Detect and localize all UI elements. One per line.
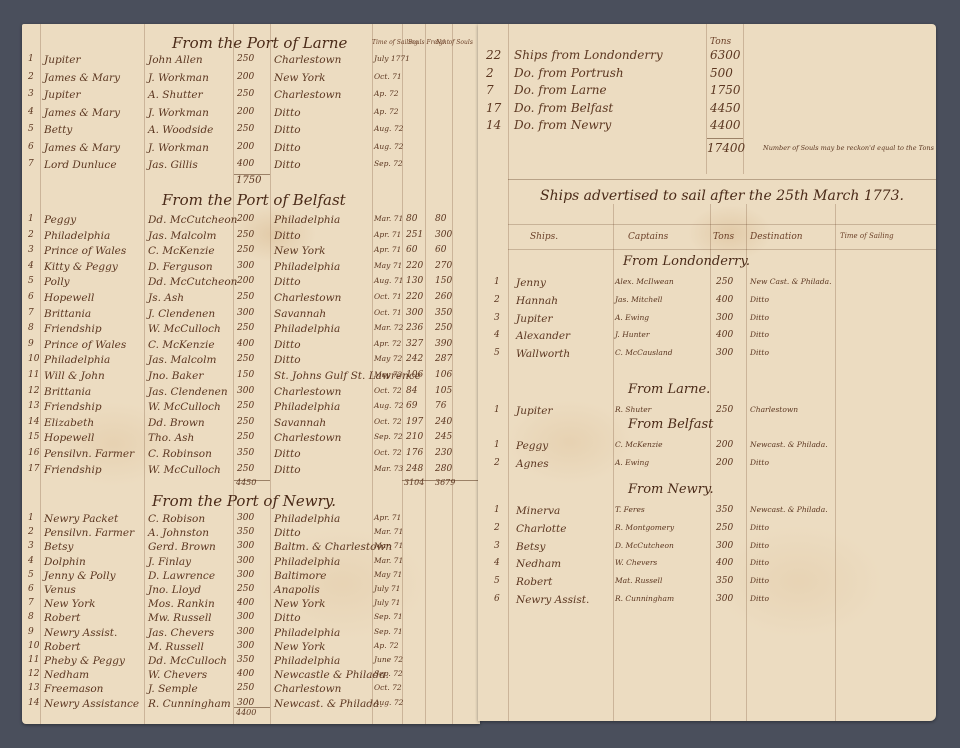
captain-name: Dd. McCutcheon [148, 214, 237, 226]
number-of-souls: 245 [435, 432, 452, 442]
tons: 350 [716, 576, 733, 586]
tons: 200 [237, 107, 254, 117]
captain-name: Jno. Baker [148, 370, 203, 382]
captain-name: J. Clendenen [148, 308, 215, 320]
captain-name: C. Robinson [148, 448, 212, 460]
captain-name: Gerd. Brown [148, 541, 216, 553]
destination: Charlestown [750, 405, 798, 414]
tons: 250 [237, 401, 254, 411]
destination: Ditto [750, 313, 769, 322]
advertised-group-title: From Larne. [628, 382, 710, 397]
row-number: 10 [28, 641, 39, 651]
time-of-sailing: May 72 [374, 354, 402, 363]
captain-name: C. McKenzie [615, 440, 663, 449]
row-number: 3 [494, 541, 500, 551]
row-number: 9 [28, 339, 34, 349]
summary-row: 14Do. from Newry4400 [478, 118, 936, 134]
ship-name: Jenny & Polly [44, 570, 116, 582]
tons: 250 [237, 230, 254, 240]
freight-souls: 60 [406, 245, 417, 255]
section-title-belfast: From the Port of Belfast [162, 191, 346, 209]
time-of-sailing: Oct. 72 [374, 683, 402, 692]
destination: Ditto [274, 527, 301, 539]
freight-souls: 80 [406, 214, 417, 224]
freight-souls: 327 [406, 339, 423, 349]
tons: 250 [237, 124, 254, 134]
ship-name: Agnes [516, 458, 549, 470]
row-number: 1 [494, 277, 500, 287]
ship-name: Pheby & Peggy [44, 655, 125, 667]
ship-name: Peggy [516, 440, 548, 452]
ship-name: Freemason [44, 683, 103, 695]
number-of-souls: 300 [435, 230, 452, 240]
row-number: 3 [28, 89, 34, 99]
ship-name: Philadelphia [44, 354, 110, 366]
ship-name: Lord Dunluce [44, 159, 117, 171]
larne-ship-row: 4James & MaryJ. Workman200DittoAp. 72 [22, 105, 480, 123]
row-number: 6 [28, 292, 34, 302]
time-of-sailing: Sep. 71 [374, 627, 403, 636]
captain-name: Js. Ash [148, 292, 184, 304]
row-number: 2 [28, 230, 34, 240]
summary-row: 7Do. from Larne1750 [478, 83, 936, 99]
row-number: 5 [28, 276, 34, 286]
number-of-souls: 60 [435, 245, 446, 255]
destination: Charlestown [274, 292, 341, 304]
larne-ship-row: 2James & MaryJ. Workman200New YorkOct. 7… [22, 70, 480, 88]
captain-name: W. McCulloch [148, 401, 221, 413]
number-of-souls: 350 [435, 308, 452, 318]
tons: 300 [237, 513, 254, 523]
row-number: 11 [28, 370, 39, 380]
number-of-souls: 230 [435, 448, 452, 458]
ship-name: Prince of Wales [44, 339, 126, 351]
number-of-souls: 80 [435, 214, 446, 224]
souls-note: Number of Souls may be reckon'd equal to… [763, 144, 934, 152]
row-number: 4 [28, 107, 34, 117]
tons: 250 [237, 89, 254, 99]
tons: 400 [237, 159, 254, 169]
ship-name: Jupiter [44, 54, 81, 66]
captain-name: R. Montgomery [615, 523, 674, 532]
port-label: Do. from Belfast [514, 101, 613, 115]
ship-count: 7 [486, 83, 494, 97]
tons: 300 [237, 612, 254, 622]
tons: 300 [716, 313, 733, 323]
advertised-group-title: From Belfast [628, 417, 713, 432]
destination: Ditto [274, 448, 301, 460]
captain-name: Jno. Lloyd [148, 584, 201, 596]
freight-souls: 300 [406, 308, 423, 318]
header-rule [508, 224, 936, 225]
ship-name: Peggy [44, 214, 76, 226]
ship-name: Jupiter [516, 313, 553, 325]
row-number: 13 [28, 401, 39, 411]
ship-name: Alexander [516, 330, 570, 342]
freight-souls: 176 [406, 448, 423, 458]
ship-name: Venus [44, 584, 76, 596]
captain-name: J. Finlay [148, 556, 191, 568]
captain-name: W. McCulloch [148, 323, 221, 335]
captain-name: D. McCutcheon [615, 541, 674, 550]
tons: 400 [716, 330, 733, 340]
ship-name: New York [44, 598, 95, 610]
time-of-sailing: Mar. 73 [374, 464, 403, 473]
row-number: 2 [494, 523, 500, 533]
time-of-sailing: July 71 [374, 598, 400, 607]
tons: 300 [237, 570, 254, 580]
advertised-ship-row: 1PeggyC. McKenzie200Newcast. & Philada. [478, 438, 936, 456]
destination: Charlestown [274, 89, 341, 101]
ship-name: Newry Assist. [516, 594, 589, 606]
captain-name: T. Feres [615, 505, 645, 514]
advertised-ship-row: 1MinervaT. Feres350Newcast. & Philada. [478, 503, 936, 521]
summary-total: 17400 [707, 141, 745, 155]
ship-name: Wallworth [516, 348, 570, 360]
tons: 350 [716, 505, 733, 515]
advertised-column-header: Captains [628, 232, 668, 242]
ship-name: Robert [44, 641, 80, 653]
left-page: From the Port of Larne Time of Sailing S… [22, 24, 480, 724]
tons: 250 [237, 354, 254, 364]
captain-name: W. Chevers [148, 669, 207, 681]
ship-count: 14 [486, 118, 501, 132]
captain-name: A. Ewing [615, 313, 649, 322]
ship-name: Pensilvn. Farmer [44, 448, 134, 460]
larne-total-tons: 1750 [236, 175, 261, 186]
port-label: Do. from Larne [514, 83, 607, 97]
destination: Charlestown [274, 54, 341, 66]
destination: Newcast. & Philada. [750, 440, 828, 449]
ship-name: Betsy [516, 541, 545, 553]
advertised-column-header: Ships. [530, 232, 558, 242]
tons: 300 [716, 348, 733, 358]
tons: 200 [237, 142, 254, 152]
tons: 250 [237, 432, 254, 442]
number-of-souls: 287 [435, 354, 452, 364]
freight-souls: 236 [406, 323, 423, 333]
summary-total-row: 17400 Number of Souls may be reckon'd eq… [478, 141, 936, 157]
destination: Ditto [274, 124, 301, 136]
destination: Ditto [274, 464, 301, 476]
time-of-sailing: Oct. 71 [374, 308, 402, 317]
row-number: 2 [28, 527, 34, 537]
captain-name: D. Lawrence [148, 570, 215, 582]
tons: 1750 [710, 83, 741, 97]
time-of-sailing: July 1771 [374, 54, 410, 63]
row-number: 2 [494, 458, 500, 468]
row-number: 12 [28, 669, 39, 679]
ship-name: Friendship [44, 401, 102, 413]
destination: Ditto [750, 295, 769, 304]
captain-name: M. Russell [148, 641, 204, 653]
destination: Ditto [274, 276, 301, 288]
time-of-sailing: Aug. 72 [374, 698, 403, 707]
row-number: 14 [28, 698, 39, 708]
time-of-sailing: Mar. 71 [374, 214, 403, 223]
section-divider [508, 179, 936, 180]
ship-name: Polly [44, 276, 70, 288]
tons: 300 [237, 698, 254, 708]
destination: New Cast. & Philada. [750, 277, 832, 286]
time-of-sailing: Aug. 72 [374, 142, 403, 151]
destination: Ditto [274, 612, 301, 624]
ship-name: Robert [44, 612, 80, 624]
tons: 200 [237, 214, 254, 224]
captain-name: J. Workman [148, 142, 209, 154]
time-of-sailing: Mar. 71 [374, 556, 403, 565]
row-number: 4 [494, 558, 500, 568]
captain-name: A. Johnston [148, 527, 209, 539]
ship-name: Nedham [516, 558, 561, 570]
captain-name: C. McKenzie [148, 339, 215, 351]
row-number: 11 [28, 655, 39, 665]
ship-name: Brittania [44, 386, 91, 398]
number-of-souls: 390 [435, 339, 452, 349]
row-number: 1 [28, 513, 34, 523]
tons: 350 [237, 655, 254, 665]
row-number: 4 [494, 330, 500, 340]
time-of-sailing: May 72 [374, 370, 402, 379]
destination: Ditto [274, 142, 301, 154]
tons: 200 [237, 276, 254, 286]
row-number: 1 [494, 505, 500, 515]
ship-name: Elizabeth [44, 417, 94, 429]
ship-name: Betsy [44, 541, 73, 553]
ship-name: Newry Assist. [44, 627, 117, 639]
captain-name: J. Workman [148, 72, 209, 84]
freight-souls: 69 [406, 401, 417, 411]
captain-name: Jas. Malcolm [148, 230, 216, 242]
section-title-larne: From the Port of Larne [172, 34, 347, 52]
larne-ship-row: 5BettyA. Woodside250DittoAug. 72 [22, 122, 480, 140]
captain-name: C. McCausland [615, 348, 673, 357]
destination: New York [274, 641, 325, 653]
freight-souls: 210 [406, 432, 423, 442]
time-of-sailing: Ap. 72 [374, 641, 399, 650]
freight-souls: 220 [406, 292, 423, 302]
captain-name: R. Cunningham [615, 594, 674, 603]
number-of-souls: 250 [435, 323, 452, 333]
port-label: Ships from Londonderry [514, 48, 663, 62]
time-of-sailing: June 72 [374, 655, 403, 664]
destination: Newcast. & Philada. [274, 698, 383, 710]
captain-name: Mat. Russell [615, 576, 662, 585]
ship-name: Jupiter [44, 89, 81, 101]
captain-name: J. Hunter [615, 330, 649, 339]
row-number: 4 [28, 261, 34, 271]
ship-name: Dolphin [44, 556, 86, 568]
time-of-sailing: Apr. 71 [374, 245, 401, 254]
tons: 250 [237, 584, 254, 594]
ship-name: Friendship [44, 464, 102, 476]
row-number: 6 [494, 594, 500, 604]
freight-souls: 130 [406, 276, 423, 286]
freight-souls: 220 [406, 261, 423, 271]
destination: Ditto [274, 230, 301, 242]
time-of-sailing: Oct. 71 [374, 72, 402, 81]
time-of-sailing: Ap. 72 [374, 107, 399, 116]
ship-name: Minerva [516, 505, 560, 517]
destination: Ditto [750, 330, 769, 339]
row-number: 1 [494, 440, 500, 450]
captain-name: D. Ferguson [148, 261, 213, 273]
destination: Philadelphia [274, 214, 340, 226]
row-number: 2 [28, 72, 34, 82]
total-rule [707, 138, 743, 139]
advertised-column-header: Tons [713, 232, 734, 242]
row-number: 5 [28, 570, 34, 580]
destination: Ditto [750, 348, 769, 357]
row-number: 3 [28, 245, 34, 255]
advertised-column-header: Destination [750, 232, 803, 242]
tons: 250 [716, 523, 733, 533]
row-number: 6 [28, 142, 34, 152]
captain-name: J. Semple [148, 683, 198, 695]
captain-name: C. Robison [148, 513, 205, 525]
tons: 200 [237, 72, 254, 82]
number-of-souls: 106 [435, 370, 452, 380]
ship-name: Jenny [516, 277, 546, 289]
destination: Baltimore [274, 570, 326, 582]
freight-souls: 242 [406, 354, 423, 364]
ship-name: Robert [516, 576, 552, 588]
time-of-sailing: Aug. 72 [374, 124, 403, 133]
destination: New York [274, 72, 325, 84]
ship-name: Prince of Wales [44, 245, 126, 257]
tons: 6300 [710, 48, 741, 62]
captain-name: Jas. Mitchell [615, 295, 662, 304]
summary-tons-header: Tons [710, 37, 731, 47]
ship-name: James & Mary [44, 142, 120, 154]
captain-name: Dd. Brown [148, 417, 205, 429]
destination: Philadelphia [274, 513, 340, 525]
row-number: 3 [28, 541, 34, 551]
advertised-ship-row: 3JupiterA. Ewing300Ditto [478, 311, 936, 329]
row-number: 1 [494, 405, 500, 415]
row-number: 4 [28, 556, 34, 566]
time-of-sailing: May 71 [374, 570, 402, 579]
row-number: 10 [28, 354, 39, 364]
destination: Savannah [274, 308, 326, 320]
advertised-ship-row: 4AlexanderJ. Hunter400Ditto [478, 328, 936, 346]
destination: Ditto [274, 354, 301, 366]
ship-name: Hopewell [44, 292, 94, 304]
tons: 250 [237, 292, 254, 302]
tons: 250 [237, 417, 254, 427]
tons: 4400 [710, 118, 741, 132]
advertised-ship-row: 5WallworthC. McCausland300Ditto [478, 346, 936, 364]
destination: Newcastle & Philada. [274, 669, 389, 681]
tons: 250 [237, 245, 254, 255]
captain-name: Jas. Malcolm [148, 354, 216, 366]
captain-name: R. Shuter [615, 405, 651, 414]
tons: 300 [716, 541, 733, 551]
tons: 300 [237, 541, 254, 551]
captain-name: Mw. Russell [148, 612, 212, 624]
row-number: 2 [494, 295, 500, 305]
captain-name: Jas. Gillis [148, 159, 198, 171]
ship-name: Nedham [44, 669, 89, 681]
header-rule [508, 249, 936, 250]
number-of-souls: 280 [435, 464, 452, 474]
time-of-sailing: Oct. 72 [374, 386, 402, 395]
tons: 300 [237, 627, 254, 637]
advertised-ship-row: 2HannahJas. Mitchell400Ditto [478, 293, 936, 311]
tons: 400 [237, 598, 254, 608]
destination: Savannah [274, 417, 326, 429]
advertised-ship-row: 2AgnesA. Ewing200Ditto [478, 456, 936, 474]
destination: Philadelphia [274, 627, 340, 639]
number-of-souls: 260 [435, 292, 452, 302]
tons: 250 [237, 464, 254, 474]
row-number: 8 [28, 323, 34, 333]
row-number: 12 [28, 386, 39, 396]
time-of-sailing: Aug. 72 [374, 401, 403, 410]
row-number: 3 [494, 313, 500, 323]
tons: 250 [237, 323, 254, 333]
row-number: 7 [28, 308, 34, 318]
destination: New York [274, 245, 325, 257]
tons: 300 [716, 594, 733, 604]
tons: 4450 [710, 101, 741, 115]
larne-ship-row: 7Lord DunluceJas. Gillis400DittoSep. 72 [22, 157, 480, 175]
summary-row: 2Do. from Portrush500 [478, 66, 936, 82]
row-number: 16 [28, 448, 39, 458]
ship-name: Charlotte [516, 523, 566, 535]
larne-ship-row: 3JupiterA. Shutter250CharlestownAp. 72 [22, 87, 480, 105]
destination: Newcast. & Philada. [750, 505, 828, 514]
destination: Philadelphia [274, 323, 340, 335]
tons: 150 [237, 370, 254, 380]
tons: 500 [710, 66, 733, 80]
ship-name: Newry Assistance [44, 698, 139, 710]
captain-name: J. Workman [148, 107, 209, 119]
time-of-sailing: Ap. 72 [374, 89, 399, 98]
summary-row: 22Ships from Londonderry6300 [478, 48, 936, 64]
advertised-ship-row: 2CharlotteR. Montgomery250Ditto [478, 521, 936, 539]
destination: Charlestown [274, 683, 341, 695]
row-number: 5 [494, 576, 500, 586]
row-number: 14 [28, 417, 39, 427]
row-number: 13 [28, 683, 39, 693]
advertised-ship-row: 4NedhamW. Chevers400Ditto [478, 556, 936, 574]
captain-name: A. Ewing [615, 458, 649, 467]
tons: 350 [237, 527, 254, 537]
advertised-ship-row: 6Newry Assist.R. Cunningham300Ditto [478, 592, 936, 610]
advertised-group-title: From Newry. [628, 482, 714, 497]
ship-name: Kitty & Peggy [44, 261, 118, 273]
time-of-sailing: Apr. 71 [374, 513, 401, 522]
captain-name: W. McCulloch [148, 464, 221, 476]
time-of-sailing: Apr. 71 [374, 230, 401, 239]
tons: 300 [237, 556, 254, 566]
ship-name: James & Mary [44, 72, 120, 84]
ship-name: James & Mary [44, 107, 120, 119]
captain-name: A. Woodside [148, 124, 213, 136]
ship-name: Hannah [516, 295, 558, 307]
row-number: 15 [28, 432, 39, 442]
row-number: 9 [28, 627, 34, 637]
destination: Ditto [274, 339, 301, 351]
tons: 400 [716, 295, 733, 305]
captain-name: R. Cunningham [148, 698, 231, 710]
destination: Anapolis [274, 584, 320, 596]
captain-name: Dd. McCulloch [148, 655, 227, 667]
captain-name: John Allen [148, 54, 203, 66]
tons: 400 [237, 339, 254, 349]
ship-count: 22 [486, 48, 501, 62]
